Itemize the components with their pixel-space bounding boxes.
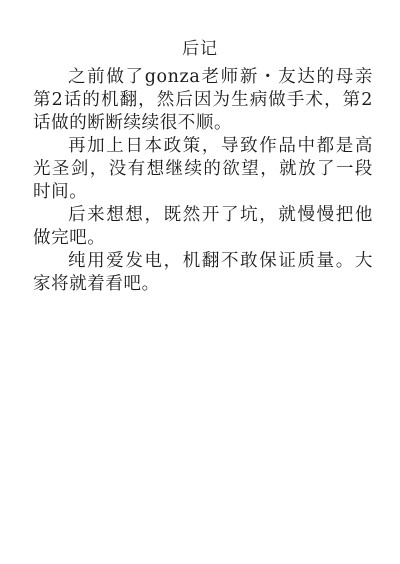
afterword-body: 之前做了gonza老师新・友达的母亲第2话的机翻，然后因为生病做手术，第2话做的… bbox=[33, 66, 373, 296]
paragraph: 之前做了gonza老师新・友达的母亲第2话的机翻，然后因为生病做手术，第2话做的… bbox=[33, 66, 373, 135]
paragraph: 再加上日本政策，导致作品中都是高光圣剑，没有想继续的欲望，就放了一段时间。 bbox=[33, 135, 373, 204]
afterword-page: 后记 之前做了gonza老师新・友达的母亲第2话的机翻，然后因为生病做手术，第2… bbox=[0, 0, 400, 564]
paragraph: 纯用爱发电，机翻不敢保证质量。大家将就着看吧。 bbox=[33, 250, 373, 296]
paragraph: 后来想想，既然开了坑，就慢慢把他做完吧。 bbox=[33, 204, 373, 250]
page-title: 后记 bbox=[0, 34, 400, 59]
